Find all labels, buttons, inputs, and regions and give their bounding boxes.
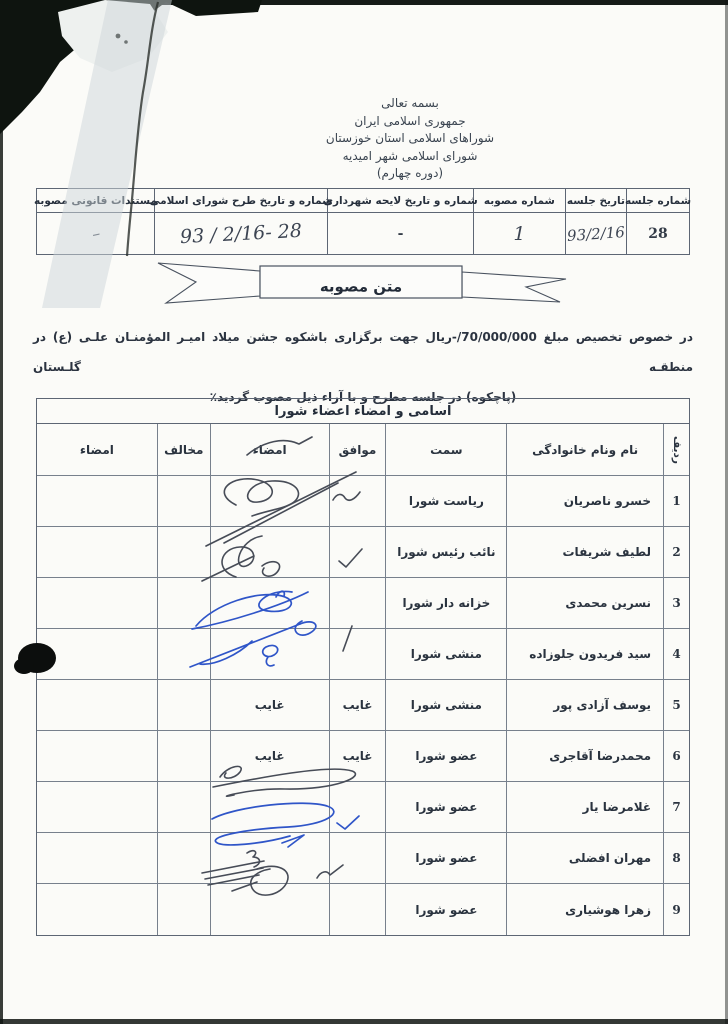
agree-cell xyxy=(329,884,386,935)
agree-cell xyxy=(329,527,386,577)
row-number: 7 xyxy=(663,782,689,832)
meta-label-resolution-number: شماره مصوبه xyxy=(474,189,565,213)
meta-value-legal-docs: – xyxy=(90,223,102,243)
signature-cell xyxy=(210,884,329,935)
member-name: محمدرضا آقاجری xyxy=(506,731,663,781)
signature2-cell xyxy=(37,629,157,679)
signature2-cell xyxy=(37,731,157,781)
row-number: 5 xyxy=(663,680,689,730)
scan-edge-left xyxy=(0,0,3,1024)
meta-label-plan-number-date: شماره و تاریخ طرح شورای اسلامی xyxy=(155,189,327,213)
resolution-banner-ribbon: متن مصوبه xyxy=(148,256,578,310)
row-number: 1 xyxy=(663,476,689,526)
member-name: غلامرضا یار xyxy=(506,782,663,832)
opposed-cell xyxy=(157,476,210,526)
members-table-title: اسامی و امضاء اعضاء شورا xyxy=(37,399,689,424)
meta-label-legal-docs: مستندات قانونی مصوبه xyxy=(37,189,154,213)
ink-blot-bump xyxy=(14,658,34,674)
agree-cell xyxy=(329,476,386,526)
opposed-cell xyxy=(157,782,210,832)
member-position: عضو شورا xyxy=(385,731,506,781)
agree-cell xyxy=(329,578,386,628)
header-signature2: امضاء xyxy=(37,424,157,475)
letterhead-term: (دوره چهارم) xyxy=(260,165,560,183)
banner-title: متن مصوبه xyxy=(320,278,402,296)
member-name: یوسف آزادی پور xyxy=(506,680,663,730)
header-signature: امضاء xyxy=(210,424,329,475)
member-position: عضو شورا xyxy=(385,833,506,883)
meta-col-session-number: شماره جلسه 28 xyxy=(626,189,689,254)
agree-cell xyxy=(329,629,386,679)
meta-col-bill-number-date: شماره و تاریخ لایحه شهرداری - xyxy=(327,189,473,254)
resolution-amount: -/70/000/000 xyxy=(452,330,537,344)
scanned-document-page: بسمه تعالی جمهوری اسلامی ایران شوراهای ا… xyxy=(0,0,728,1024)
member-position: منشی شورا xyxy=(385,680,506,730)
member-row-5: 5 یوسف آزادی پور منشی شورا غایب غایب xyxy=(37,680,689,731)
signature2-cell xyxy=(37,884,157,935)
member-row-2: 2 لطیف شریفات نائب رئیس شورا xyxy=(37,527,689,578)
member-position: نائب رئیس شورا xyxy=(385,527,506,577)
member-name: مهران افضلی xyxy=(506,833,663,883)
tear-speck xyxy=(116,34,121,39)
row-number: 3 xyxy=(663,578,689,628)
row-number: 6 xyxy=(663,731,689,781)
row-number: 4 xyxy=(663,629,689,679)
scan-edge-bottom xyxy=(0,1019,728,1024)
torn-corner-black xyxy=(0,0,262,134)
member-position: ریاست شورا xyxy=(385,476,506,526)
member-position: عضو شورا xyxy=(385,782,506,832)
member-row-7: 7 غلامرضا یار عضو شورا xyxy=(37,782,689,833)
agree-cell xyxy=(329,782,386,832)
member-row-6: 6 محمدرضا آقاجری عضو شورا غایب غایب xyxy=(37,731,689,782)
meta-value-session-number: 28 xyxy=(648,226,667,242)
meta-label-session-date: تاریخ جلسه xyxy=(566,189,626,213)
meta-label-session-number: شماره جلسه xyxy=(627,189,689,213)
row-number: 8 xyxy=(663,833,689,883)
signature2-cell xyxy=(37,833,157,883)
opposed-cell xyxy=(157,578,210,628)
opposed-cell xyxy=(157,884,210,935)
scan-edge-top xyxy=(0,0,728,5)
row-number: 2 xyxy=(663,527,689,577)
member-position: عضو شورا xyxy=(385,884,506,935)
meta-table: شماره جلسه 28 تاریخ جلسه 93/2/16 شماره م… xyxy=(36,188,690,255)
member-row-4: 4 سید فریدون جلوزاده منشی شورا xyxy=(37,629,689,680)
torn-paper-flap xyxy=(58,0,168,72)
signature-cell xyxy=(210,578,329,628)
member-position: خزانه دار شورا xyxy=(385,578,506,628)
signature-cell xyxy=(210,527,329,577)
resolution-line-1: در خصوص تخصیص مبلغ -/70/000/000ریال جهت … xyxy=(33,322,693,382)
opposed-cell xyxy=(157,527,210,577)
header-agree: موافق xyxy=(329,424,386,475)
agree-cell: غایب xyxy=(329,680,386,730)
member-row-1: 1 خسرو ناصریان ریاست شورا xyxy=(37,476,689,527)
signature2-cell xyxy=(37,680,157,730)
meta-value-resolution-number: 1 xyxy=(513,223,525,245)
letterhead-province-councils: شوراهای اسلامی استان خوزستان xyxy=(260,130,560,148)
signature-cell xyxy=(210,833,329,883)
member-name: سید فریدون جلوزاده xyxy=(506,629,663,679)
member-row-9: 9 زهرا هوشیاری عضو شورا xyxy=(37,884,689,935)
members-table: اسامی و امضاء اعضاء شورا ردیف نام ونام خ… xyxy=(36,398,690,936)
header-position: سمت xyxy=(385,424,506,475)
signature-cell: غایب xyxy=(210,731,329,781)
letterhead-country: جمهوری اسلامی ایران xyxy=(260,113,560,131)
signature-cell xyxy=(210,629,329,679)
agree-cell xyxy=(329,833,386,883)
agree-cell: غایب xyxy=(329,731,386,781)
ribbon-right-tail xyxy=(462,272,566,302)
meta-label-bill-number-date: شماره و تاریخ لایحه شهرداری xyxy=(328,189,473,213)
members-table-header-row: ردیف نام ونام خانوادگی سمت موافق امضاء م… xyxy=(37,424,689,476)
member-row-8: 8 مهران افضلی عضو شورا xyxy=(37,833,689,884)
member-position: منشی شورا xyxy=(385,629,506,679)
meta-value-plan-number-date: 93 / 2/16- 28 xyxy=(180,219,303,247)
header-name: نام ونام خانوادگی xyxy=(506,424,663,475)
letterhead-basmala: بسمه تعالی xyxy=(260,95,560,113)
opposed-cell xyxy=(157,680,210,730)
resolution-line1-pre: در خصوص تخصیص مبلغ xyxy=(537,330,693,344)
member-name: لطیف شریفات xyxy=(506,527,663,577)
opposed-cell xyxy=(157,731,210,781)
meta-value-bill-number-date: - xyxy=(398,226,404,242)
ribbon-left-tail xyxy=(158,263,260,303)
meta-col-session-date: تاریخ جلسه 93/2/16 xyxy=(565,189,626,254)
header-opposed: مخالف xyxy=(157,424,210,475)
opposed-cell xyxy=(157,629,210,679)
signature2-cell xyxy=(37,782,157,832)
member-name: نسرین محمدی xyxy=(506,578,663,628)
meta-col-legal-docs: مستندات قانونی مصوبه – xyxy=(37,189,154,254)
opposed-cell xyxy=(157,833,210,883)
member-name: خسرو ناصریان xyxy=(506,476,663,526)
signature-cell: غایب xyxy=(210,680,329,730)
signature2-cell xyxy=(37,578,157,628)
meta-value-session-date: 93/2/16 xyxy=(566,223,625,245)
meta-col-plan-number-date: شماره و تاریخ طرح شورای اسلامی 93 / 2/16… xyxy=(154,189,327,254)
meta-col-resolution-number: شماره مصوبه 1 xyxy=(473,189,565,254)
signature2-cell xyxy=(37,527,157,577)
header-row-number-label: ردیف xyxy=(670,436,682,464)
signature-cell xyxy=(210,782,329,832)
row-number: 9 xyxy=(663,884,689,935)
tear-speck xyxy=(124,40,128,44)
member-name: زهرا هوشیاری xyxy=(506,884,663,935)
signature2-cell xyxy=(37,476,157,526)
member-row-3: 3 نسرین محمدی خزانه دار شورا xyxy=(37,578,689,629)
header-row-number: ردیف xyxy=(663,424,689,475)
letterhead-city-council: شورای اسلامی شهر امیدیه xyxy=(260,148,560,166)
letterhead: بسمه تعالی جمهوری اسلامی ایران شوراهای ا… xyxy=(260,95,560,183)
signature-cell xyxy=(210,476,329,526)
